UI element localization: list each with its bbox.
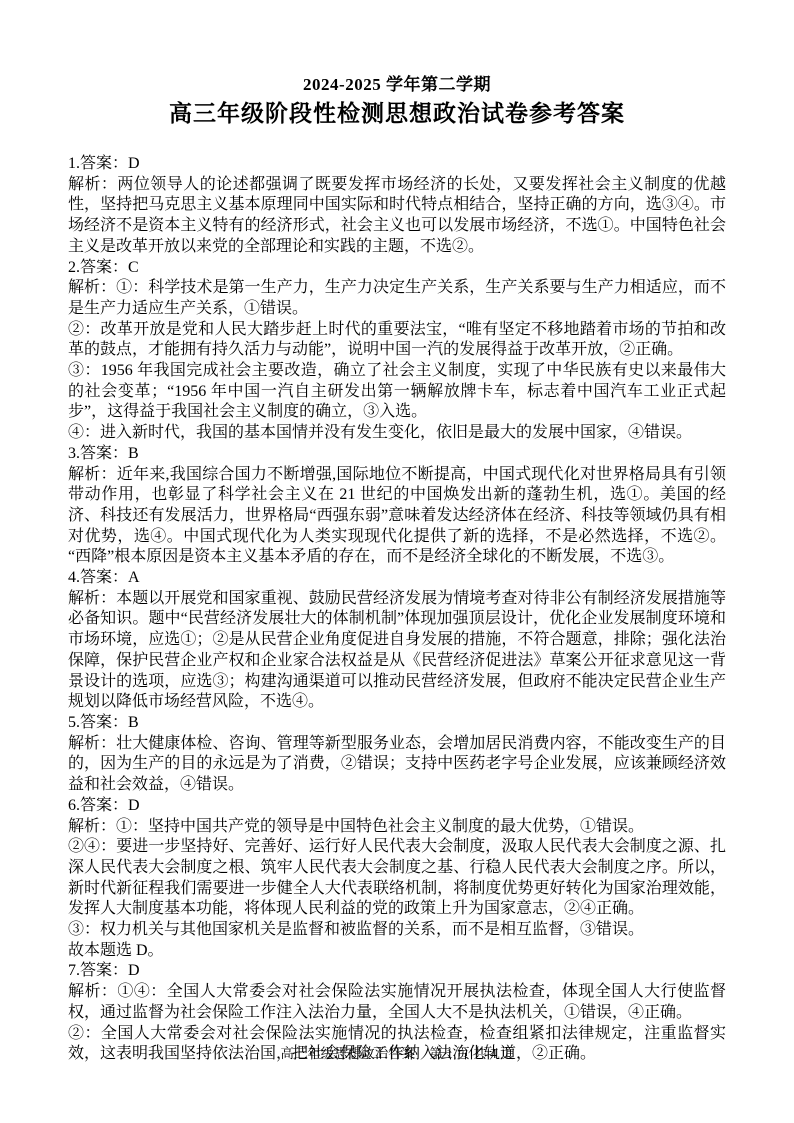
answer-label: 3.答案：B	[68, 444, 726, 465]
footer-doc-label: 高三年级思想政治答案	[280, 1046, 415, 1061]
document-page: 2024-2025 学年第二学期 高三年级阶段性检测思想政治试卷参考答案 1.答…	[0, 0, 794, 1123]
answer-block-4: 4.答案：A 解析：本题以开展党和国家重视、鼓励民营经济发展为情境考查对待非公有…	[68, 568, 726, 713]
explanation-paragraph: 解析：近年来,我国综合国力不断增强,国际地位不断提高，中国式现代化对世界格局具有…	[68, 465, 726, 569]
explanation-paragraph: 解析：①：科学技术是第一生产力，生产力决定生产关系，生产关系要与生产力相适应，而…	[68, 278, 726, 319]
page-footer: 高三年级思想政治答案第 1 页 共 4 页	[0, 1042, 794, 1062]
answer-label: 6.答案：D	[68, 796, 726, 817]
explanation-paragraph: 解析：①：坚持中国共产党的领导是中国特色社会主义制度的最大优势，①错误。	[68, 817, 726, 838]
explanation-paragraph: 解析：①④：全国人大常委会对社会保险法实施情况开展执法检查，体现全国人大行使监督…	[68, 982, 726, 1023]
explanation-paragraph: 解析：两位领导人的论述都强调了既要发挥市场经济的长处，又要发挥社会主义制度的优越…	[68, 175, 726, 258]
explanation-paragraph: ②：改革开放是党和人民大踏步赶上时代的重要法宝，“唯有坚定不移地踏着市场的节拍和…	[68, 320, 726, 361]
explanation-paragraph: ③：权力机关与其他国家机关是监督和被监督的关系，而不是相互监督，③错误。	[68, 920, 726, 941]
answer-label: 4.答案：A	[68, 568, 726, 589]
answer-label: 7.答案：D	[68, 961, 726, 982]
answer-block-2: 2.答案：C 解析：①：科学技术是第一生产力，生产力决定生产关系，生产关系要与生…	[68, 258, 726, 444]
answer-block-5: 5.答案：B 解析：壮大健康体检、咨询、管理等新型服务业态，会增加居民消费内容，…	[68, 713, 726, 796]
answer-label: 1.答案：D	[68, 154, 726, 175]
explanation-paragraph: 故本题选 D。	[68, 941, 726, 962]
explanation-paragraph: 解析：本题以开展党和国家重视、鼓励民营经济发展为情境考查对待非公有制经济发展措施…	[68, 589, 726, 713]
explanation-paragraph: ②④：要进一步坚持好、完善好、运行好人民代表大会制度，汲取人民代表大会制度之源、…	[68, 837, 726, 920]
answer-block-3: 3.答案：B 解析：近年来,我国综合国力不断增强,国际地位不断提高，中国式现代化…	[68, 444, 726, 568]
answer-block-1: 1.答案：D 解析：两位领导人的论述都强调了既要发挥市场经济的长处，又要发挥社会…	[68, 154, 726, 258]
exam-term: 2024-2025 学年第二学期	[0, 74, 794, 96]
answer-label: 5.答案：B	[68, 713, 726, 734]
answer-block-6: 6.答案：D 解析：①：坚持中国共产党的领导是中国特色社会主义制度的最大优势，①…	[68, 796, 726, 962]
page-title: 高三年级阶段性检测思想政治试卷参考答案	[0, 98, 794, 130]
explanation-paragraph: ④：进入新时代，我国的基本国情并没有发生变化，依旧是最大的发展中国家，④错误。	[68, 423, 726, 444]
answer-label: 2.答案：C	[68, 258, 726, 279]
explanation-paragraph: ③：1956 年我国完成社会主要改造，确立了社会主义制度，实现了中华民族有史以来…	[68, 361, 726, 423]
footer-page-info: 第 1 页 共 4 页	[429, 1046, 513, 1061]
document-header: 2024-2025 学年第二学期 高三年级阶段性检测思想政治试卷参考答案	[0, 0, 794, 130]
answers-body: 1.答案：D 解析：两位领导人的论述都强调了既要发挥市场经济的长处，又要发挥社会…	[68, 154, 726, 1065]
explanation-paragraph: 解析：壮大健康体检、咨询、管理等新型服务业态，会增加居民消费内容，不能改变生产的…	[68, 734, 726, 796]
